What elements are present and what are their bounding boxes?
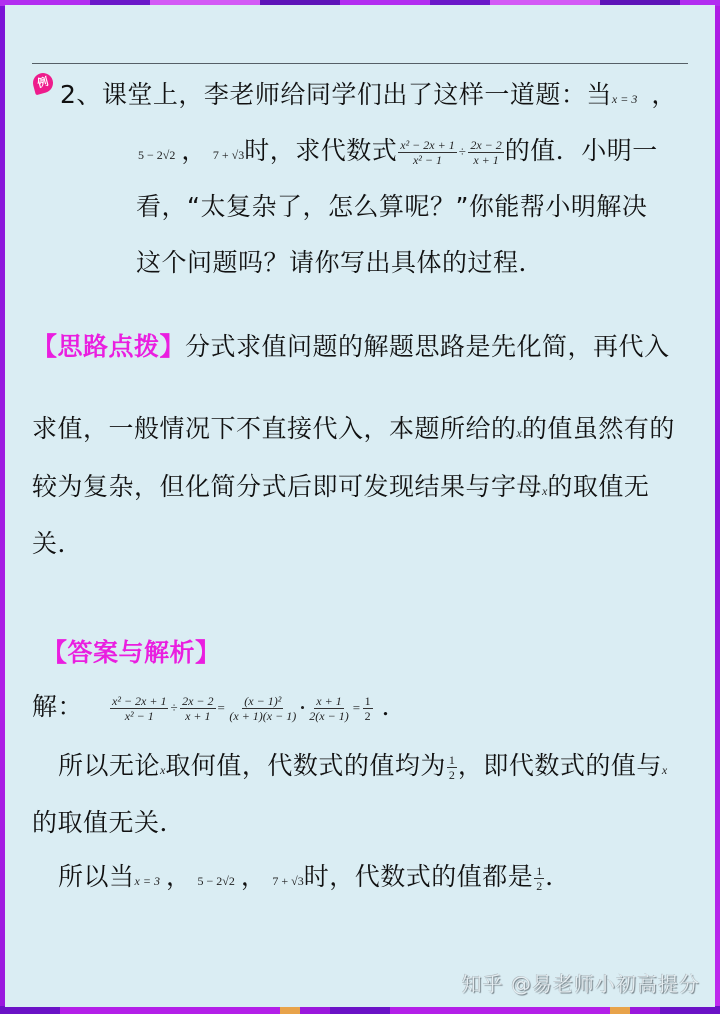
solution-line: 解：x² − 2x + 1x² − 1÷2x − 2x + 1=(x − 1)²… bbox=[32, 690, 407, 725]
hint-label: 【思路点拨】 bbox=[32, 332, 185, 361]
example-line-2: 5 − 2√2，7 + √3时，求代数式x² − 2x + 1x² − 1÷2x… bbox=[138, 134, 658, 172]
example-line-3: 看，“太复杂了，怎么算呢？”你能帮小明解决 bbox=[136, 190, 647, 224]
example-line-1: 2、课堂上，李老师给同学们出了这样一道题：当x = 3， bbox=[60, 78, 677, 116]
divider-rule bbox=[32, 63, 688, 64]
hint-line-3: 较为复杂，但化简分式后即可发现结果与字母x的取值无 bbox=[32, 470, 649, 508]
math-val-2: 5 − 2√2 bbox=[138, 148, 175, 162]
hint-line-1: 【思路点拨】分式求值问题的解题思路是先化简，再代入 bbox=[32, 330, 670, 364]
bottom-decoration bbox=[0, 1006, 720, 1014]
fraction-2: 2x − 2x + 1 bbox=[468, 138, 503, 167]
answer-para-1: 所以无论x取何值，代数式的值均为12，即代数式的值与x bbox=[58, 749, 667, 787]
watermark: 知乎 @易老师小初高提分 bbox=[462, 968, 700, 997]
hint-line-2: 求值，一般情况下不直接代入，本题所给的x的值虽然有的 bbox=[32, 412, 675, 450]
hint-line-4: 关． bbox=[32, 527, 83, 561]
fraction-1: x² − 2x + 1x² − 1 bbox=[398, 138, 456, 167]
math-x-eq-3: x = 3 bbox=[612, 92, 637, 106]
answer-para-2: 的取值无关． bbox=[32, 806, 185, 840]
answer-label: 【答案与解析】 bbox=[42, 636, 221, 670]
math-val-3: 7 + √3 bbox=[213, 148, 244, 162]
answer-para-3: 所以当x = 3，5 − 2√2，7 + √3时，代数式的值都是12． bbox=[58, 860, 571, 898]
example-line-4: 这个问题吗？请你写出具体的过程． bbox=[136, 246, 544, 280]
